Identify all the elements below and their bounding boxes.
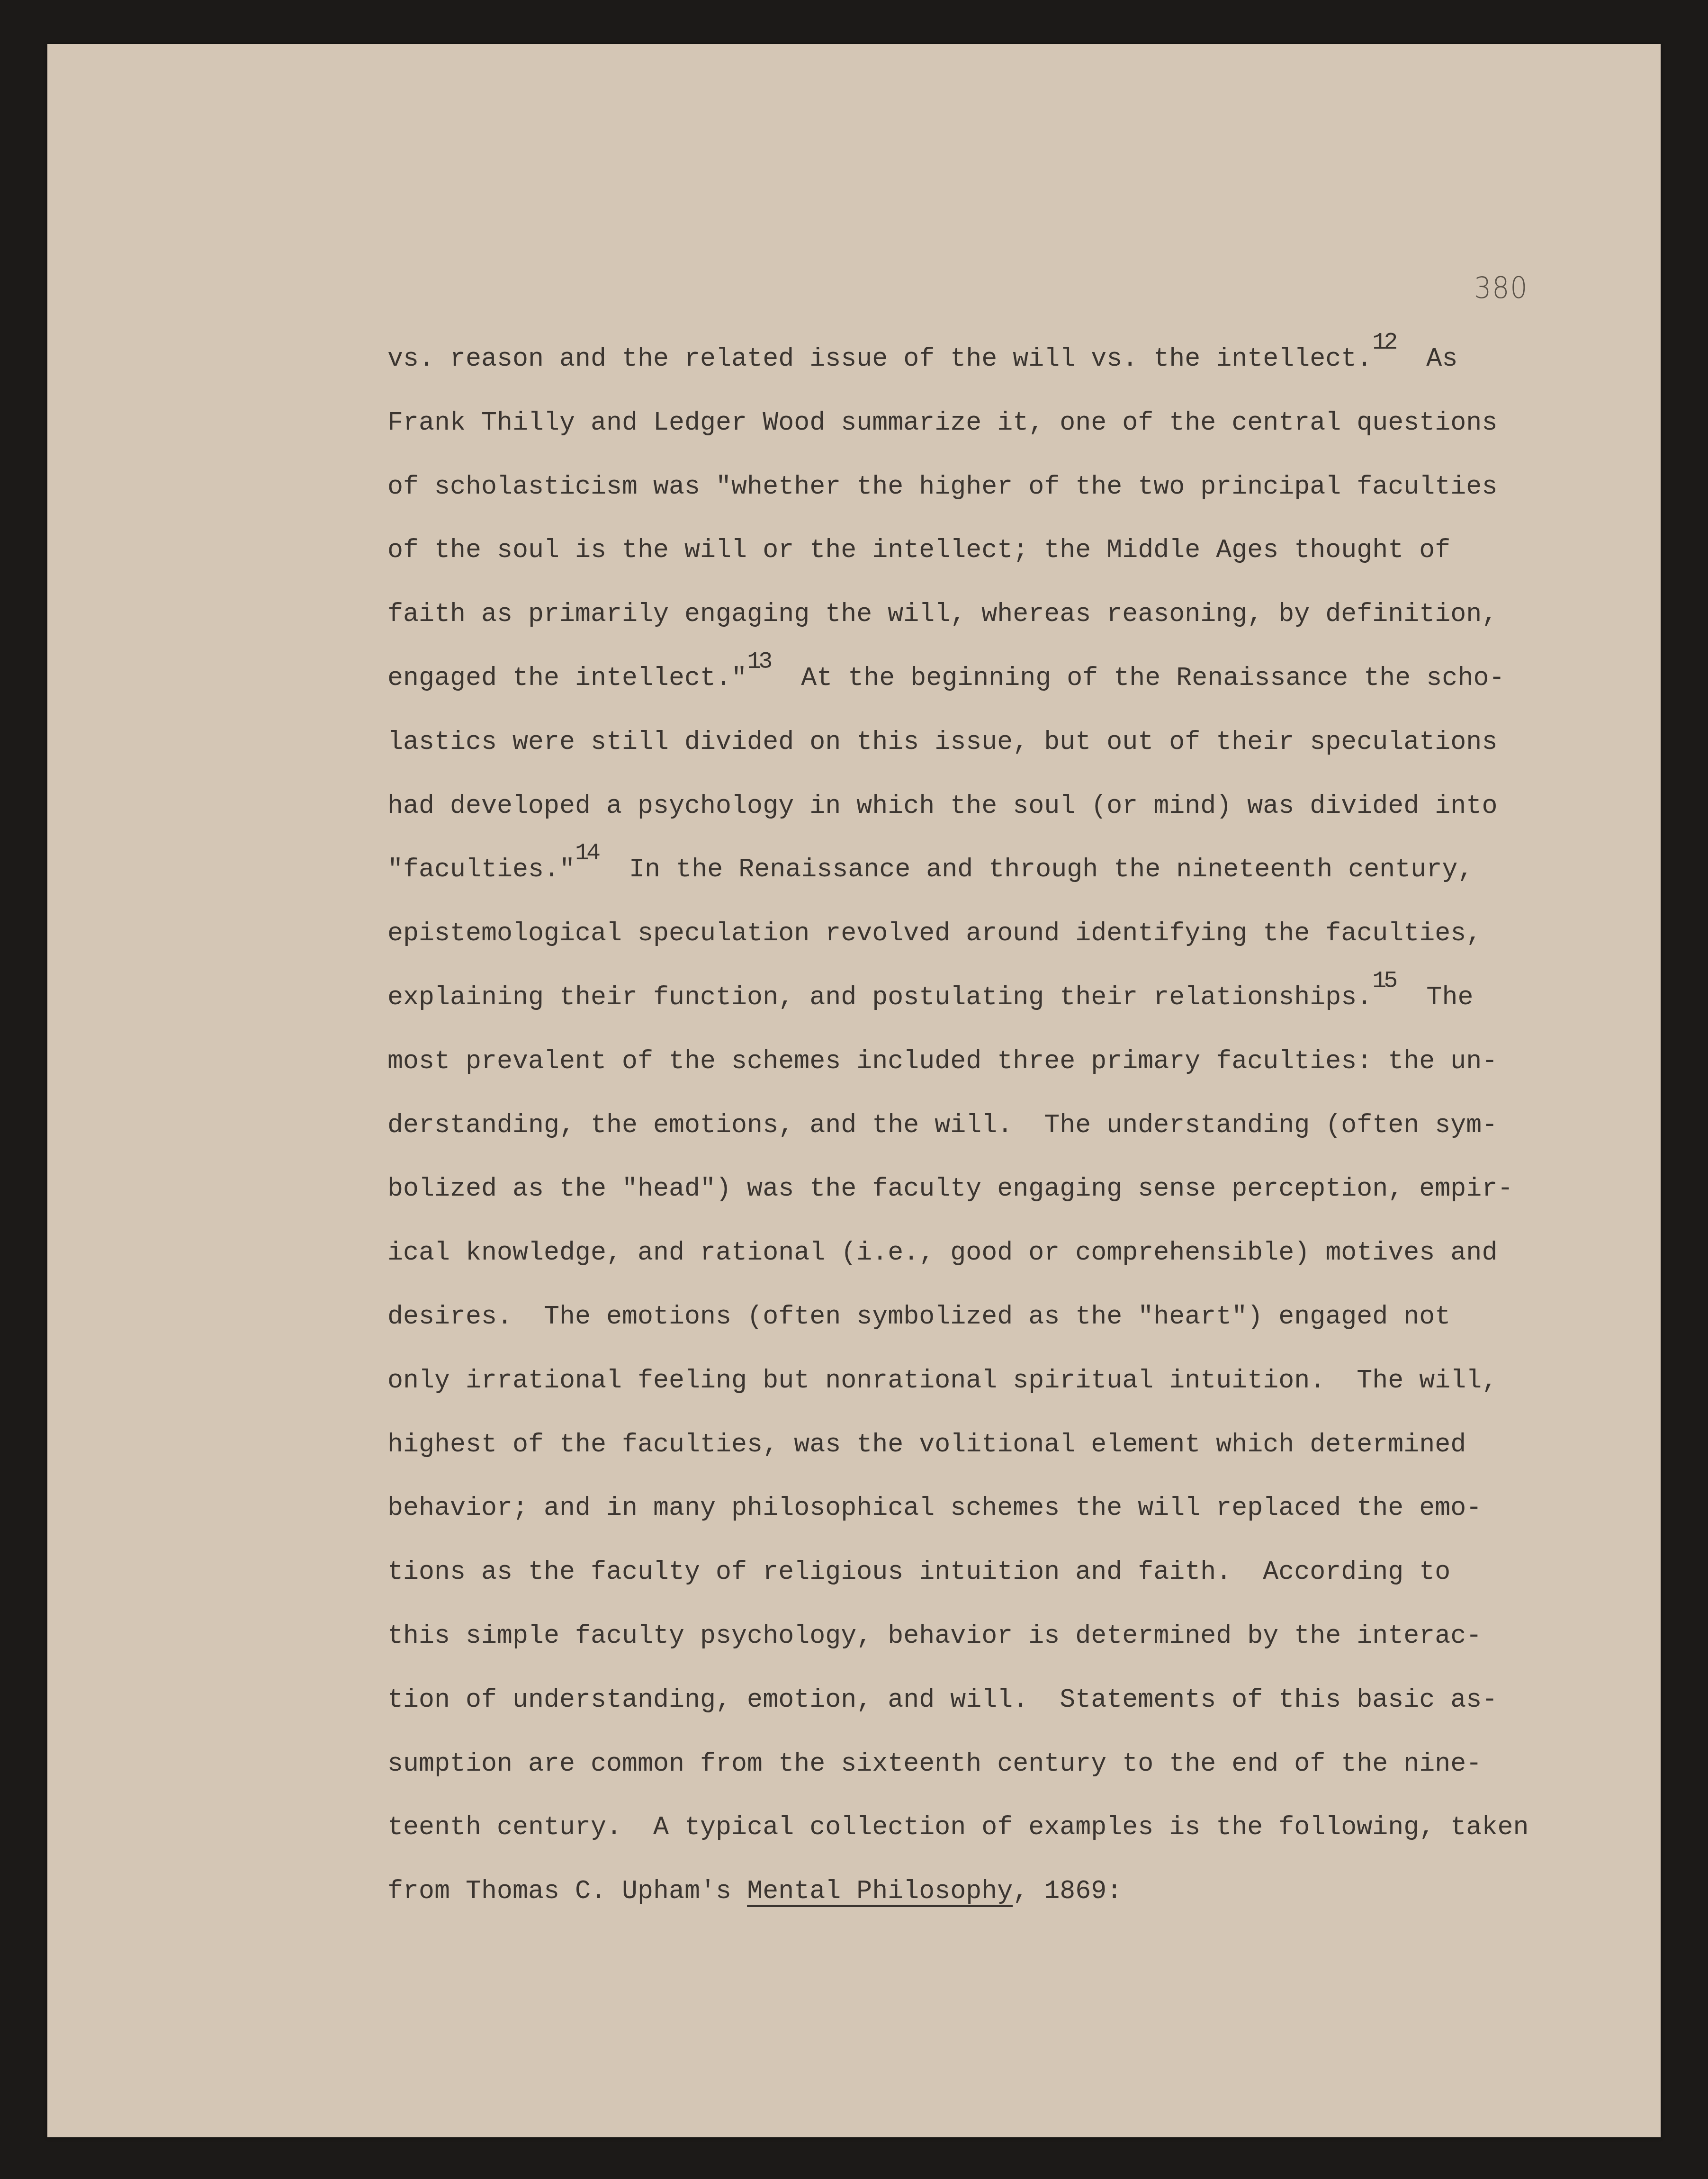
text-segment: tion of understanding, emotion, and will… <box>387 1685 1497 1715</box>
text-segment: lastics were still divided on this issue… <box>387 727 1497 757</box>
text-line: most prevalent of the schemes included t… <box>387 1040 1528 1104</box>
text-line: faith as primarily engaging the will, wh… <box>387 593 1528 657</box>
text-line: highest of the faculties, was the voliti… <box>387 1423 1528 1487</box>
text-line: Frank Thilly and Ledger Wood summarize i… <box>387 402 1528 466</box>
text-line: epistemological speculation revolved aro… <box>387 912 1528 976</box>
footnote-reference: 12 <box>1372 329 1395 356</box>
text-segment: of the soul is the will or the intellect… <box>387 535 1450 565</box>
text-line: tions as the faculty of religious intuit… <box>387 1551 1528 1615</box>
text-segment: from Thomas C. Upham's <box>387 1876 747 1906</box>
text-segment: highest of the faculties, was the voliti… <box>387 1430 1466 1459</box>
text-segment: In the Renaissance and through the ninet… <box>598 855 1473 884</box>
text-segment: As <box>1395 344 1457 374</box>
text-line: explaining their function, and postulati… <box>387 976 1528 1040</box>
text-segment: At the beginning of the Renaissance the … <box>770 663 1504 693</box>
text-segment: only irrational feeling but nonrational … <box>387 1366 1497 1396</box>
text-line: ical knowledge, and rational (i.e., good… <box>387 1232 1528 1296</box>
text-segment: most prevalent of the schemes included t… <box>387 1046 1497 1076</box>
text-line: of the soul is the will or the intellect… <box>387 529 1528 593</box>
text-line: this simple faculty psychology, behavior… <box>387 1615 1528 1679</box>
footnote-reference: 15 <box>1372 968 1395 995</box>
text-segment: sumption are common from the sixteenth c… <box>387 1749 1482 1779</box>
typescript-page: 380 vs. reason and the related issue of … <box>47 44 1661 2137</box>
text-segment: desires. The emotions (often symbolized … <box>387 1302 1450 1332</box>
book-title-underlined: Mental Philosophy <box>747 1876 1013 1906</box>
text-line: behavior; and in many philosophical sche… <box>387 1487 1528 1551</box>
text-line: tion of understanding, emotion, and will… <box>387 1679 1528 1743</box>
text-segment: explaining their function, and postulati… <box>387 982 1372 1012</box>
text-segment: derstanding, the emotions, and the will.… <box>387 1110 1497 1140</box>
text-segment: Frank Thilly and Ledger Wood summarize i… <box>387 408 1497 438</box>
text-line: bolized as the "head") was the faculty e… <box>387 1168 1528 1232</box>
text-line: of scholasticism was "whether the higher… <box>387 466 1528 530</box>
text-segment: engaged the intellect." <box>387 663 747 693</box>
text-segment: of scholasticism was "whether the higher… <box>387 472 1497 502</box>
text-segment: vs. reason and the related issue of the … <box>387 344 1372 374</box>
text-segment: The <box>1395 982 1473 1012</box>
text-segment: tions as the faculty of religious intuit… <box>387 1557 1450 1587</box>
text-line: had developed a psychology in which the … <box>387 785 1528 849</box>
text-line: sumption are common from the sixteenth c… <box>387 1743 1528 1807</box>
body-paragraph: vs. reason and the related issue of the … <box>387 338 1528 1934</box>
text-line: engaged the intellect."13 At the beginni… <box>387 657 1528 721</box>
text-segment: teenth century. A typical collection of … <box>387 1812 1528 1842</box>
text-segment: bolized as the "head") was the faculty e… <box>387 1174 1513 1204</box>
page-number: 380 <box>1474 270 1528 305</box>
text-segment: "faculties." <box>387 855 575 884</box>
footnote-reference: 14 <box>575 840 598 867</box>
text-line: "faculties."14 In the Renaissance and th… <box>387 848 1528 912</box>
text-segment: behavior; and in many philosophical sche… <box>387 1493 1482 1523</box>
text-line: from Thomas C. Upham's Mental Philosophy… <box>387 1870 1528 1934</box>
text-line: vs. reason and the related issue of the … <box>387 338 1528 402</box>
text-segment: had developed a psychology in which the … <box>387 791 1497 821</box>
text-segment: ical knowledge, and rational (i.e., good… <box>387 1238 1497 1268</box>
text-line: only irrational feeling but nonrational … <box>387 1360 1528 1423</box>
footnote-reference: 13 <box>747 648 770 675</box>
text-line: desires. The emotions (often symbolized … <box>387 1296 1528 1360</box>
text-line: teenth century. A typical collection of … <box>387 1806 1528 1870</box>
text-line: derstanding, the emotions, and the will.… <box>387 1104 1528 1168</box>
text-segment: this simple faculty psychology, behavior… <box>387 1621 1482 1651</box>
text-segment: , 1869: <box>1013 1876 1122 1906</box>
text-segment: faith as primarily engaging the will, wh… <box>387 599 1497 629</box>
text-line: lastics were still divided on this issue… <box>387 721 1528 785</box>
text-segment: epistemological speculation revolved aro… <box>387 918 1482 948</box>
